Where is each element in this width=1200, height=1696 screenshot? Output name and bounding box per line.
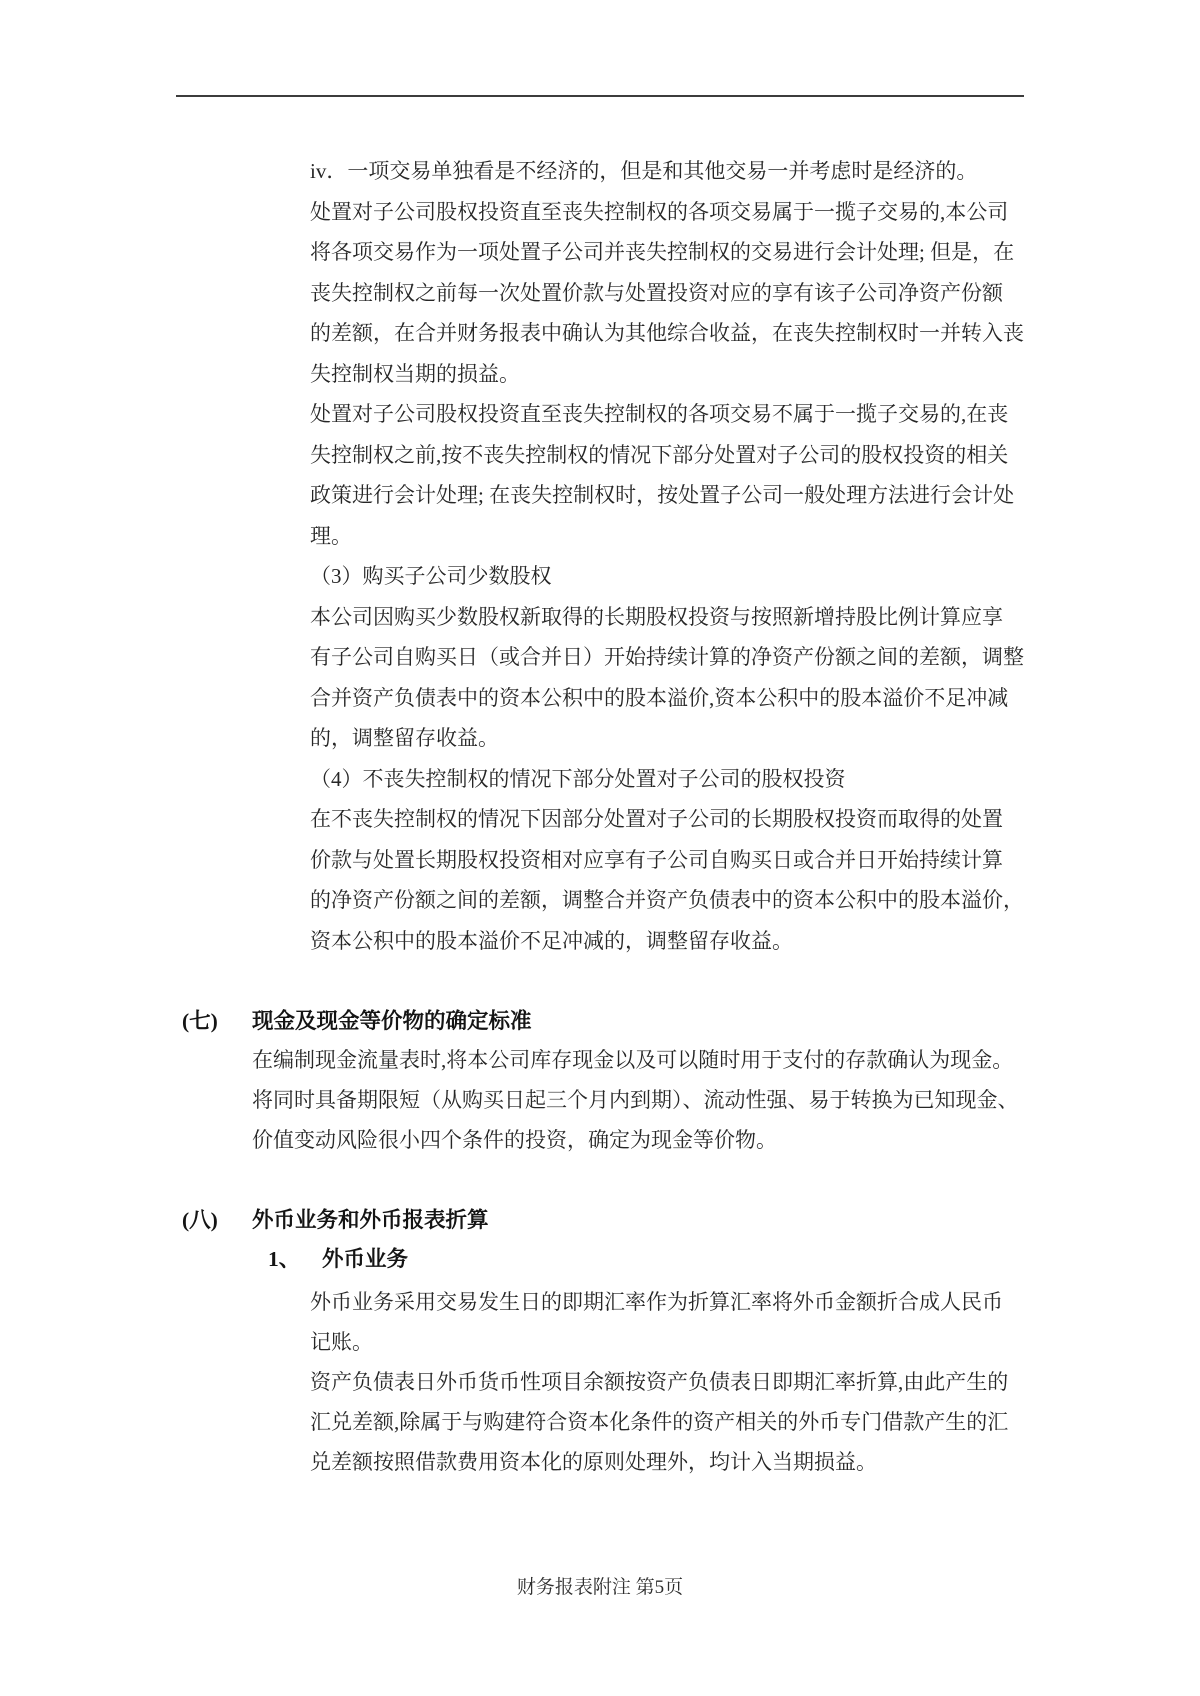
- text-line: 记账。: [310, 1322, 1026, 1362]
- paragraph: 本公司因购买少数股权新取得的长期股权投资与按照新增持股比例计算应享有子公司自购买…: [310, 597, 1026, 759]
- document-page: iv．一项交易单独看是不经济的，但是和其他交易一并考虑时是经济的。处置对子公司股…: [0, 0, 1200, 1696]
- section-eight-title: 外币业务和外币报表折算: [252, 1208, 489, 1232]
- paragraph: 处置对子公司股权投资直至丧失控制权的各项交易不属于一揽子交易的,在丧失控制权之前…: [310, 394, 1026, 556]
- paragraph: （4）不丧失控制权的情况下部分处置对子公司的股权投资: [310, 759, 1026, 800]
- text-line: 有子公司自购买日（或合并日）开始持续计算的净资产份额之间的差额，调整: [310, 637, 1026, 678]
- subsection-one-heading: 1、外币业务: [268, 1239, 408, 1279]
- text-line: 处置对子公司股权投资直至丧失控制权的各项交易不属于一揽子交易的,在丧: [310, 394, 1026, 435]
- text-line: 处置对子公司股权投资直至丧失控制权的各项交易属于一揽子交易的,本公司: [310, 192, 1026, 233]
- section-seven-title: 现金及现金等价物的确定标准: [252, 1009, 532, 1033]
- paragraph: （3）购买子公司少数股权: [310, 556, 1026, 597]
- section-eight-label: (八): [182, 1200, 252, 1240]
- text-line: 丧失控制权之前每一次处置价款与处置投资对应的享有该子公司净资产份额: [310, 273, 1026, 314]
- text-line: 理。: [310, 516, 1026, 557]
- text-line: 外币业务采用交易发生日的即期汇率作为折算汇率将外币金额折合成人民币: [310, 1282, 1026, 1322]
- text-line: 在编制现金流量表时,将本公司库存现金以及可以随时用于支付的存款确认为现金。: [252, 1040, 1034, 1080]
- text-line: 失控制权之前,按不丧失控制权的情况下部分处置对子公司的股权投资的相关: [310, 435, 1026, 476]
- section-seven-body: 在编制现金流量表时,将本公司库存现金以及可以随时用于支付的存款确认为现金。将同时…: [252, 1040, 1034, 1160]
- text-line: 价款与处置长期股权投资相对应享有子公司自购买日或合并日开始持续计算: [310, 840, 1026, 881]
- intro-text-block: iv．一项交易单独看是不经济的，但是和其他交易一并考虑时是经济的。处置对子公司股…: [310, 151, 1026, 961]
- text-line: iv．一项交易单独看是不经济的，但是和其他交易一并考虑时是经济的。: [310, 151, 1026, 192]
- text-line: 的净资产份额之间的差额，调整合并资产负债表中的资本公积中的股本溢价，: [310, 880, 1026, 921]
- paragraph: iv．一项交易单独看是不经济的，但是和其他交易一并考虑时是经济的。: [310, 151, 1026, 192]
- section-eight-heading: (八)外币业务和外币报表折算: [182, 1200, 489, 1240]
- text-line: （4）不丧失控制权的情况下部分处置对子公司的股权投资: [310, 759, 1026, 800]
- text-line: 汇兑差额,除属于与购建符合资本化条件的资产相关的外币专门借款产生的汇: [310, 1402, 1026, 1442]
- paragraph: 外币业务采用交易发生日的即期汇率作为折算汇率将外币金额折合成人民币记账。: [310, 1282, 1026, 1362]
- text-line: 资产负债表日外币货币性项目余额按资产负债表日即期汇率折算,由此产生的: [310, 1362, 1026, 1402]
- text-line: 本公司因购买少数股权新取得的长期股权投资与按照新增持股比例计算应享: [310, 597, 1026, 638]
- text-line: 价值变动风险很小四个条件的投资，确定为现金等价物。: [252, 1120, 1034, 1160]
- text-line: 将各项交易作为一项处置子公司并丧失控制权的交易进行会计处理; 但是，在: [310, 232, 1026, 273]
- text-line: （3）购买子公司少数股权: [310, 556, 1026, 597]
- header-rule: [176, 95, 1024, 97]
- text-line: 兑差额按照借款费用资本化的原则处理外，均计入当期损益。: [310, 1442, 1026, 1482]
- section-eight-body: 外币业务采用交易发生日的即期汇率作为折算汇率将外币金额折合成人民币记账。资产负债…: [310, 1282, 1026, 1482]
- subsection-one-title: 外币业务: [322, 1247, 408, 1271]
- text-line: 合并资产负债表中的资本公积中的股本溢价,资本公积中的股本溢价不足冲减: [310, 678, 1026, 719]
- paragraph: 处置对子公司股权投资直至丧失控制权的各项交易属于一揽子交易的,本公司将各项交易作…: [310, 192, 1026, 395]
- text-line: 的差额，在合并财务报表中确认为其他综合收益，在丧失控制权时一并转入丧: [310, 313, 1026, 354]
- paragraph: 资产负债表日外币货币性项目余额按资产负债表日即期汇率折算,由此产生的汇兑差额,除…: [310, 1362, 1026, 1482]
- section-seven-label: (七): [182, 1001, 252, 1041]
- text-line: 资本公积中的股本溢价不足冲减的，调整留存收益。: [310, 921, 1026, 962]
- text-line: 的，调整留存收益。: [310, 718, 1026, 759]
- paragraph: 在不丧失控制权的情况下因部分处置对子公司的长期股权投资而取得的处置价款与处置长期…: [310, 799, 1026, 961]
- text-line: 失控制权当期的损益。: [310, 354, 1026, 395]
- text-line: 将同时具备期限短（从购买日起三个月内到期）、流动性强、易于转换为已知现金、: [252, 1080, 1034, 1120]
- section-seven-heading: (七)现金及现金等价物的确定标准: [182, 1001, 532, 1041]
- page-footer: 财务报表附注 第5页: [0, 1570, 1200, 1606]
- text-line: 在不丧失控制权的情况下因部分处置对子公司的长期股权投资而取得的处置: [310, 799, 1026, 840]
- subsection-one-number: 1、: [268, 1239, 322, 1279]
- text-line: 政策进行会计处理; 在丧失控制权时，按处置子公司一般处理方法进行会计处: [310, 475, 1026, 516]
- paragraph: 在编制现金流量表时,将本公司库存现金以及可以随时用于支付的存款确认为现金。将同时…: [252, 1040, 1034, 1160]
